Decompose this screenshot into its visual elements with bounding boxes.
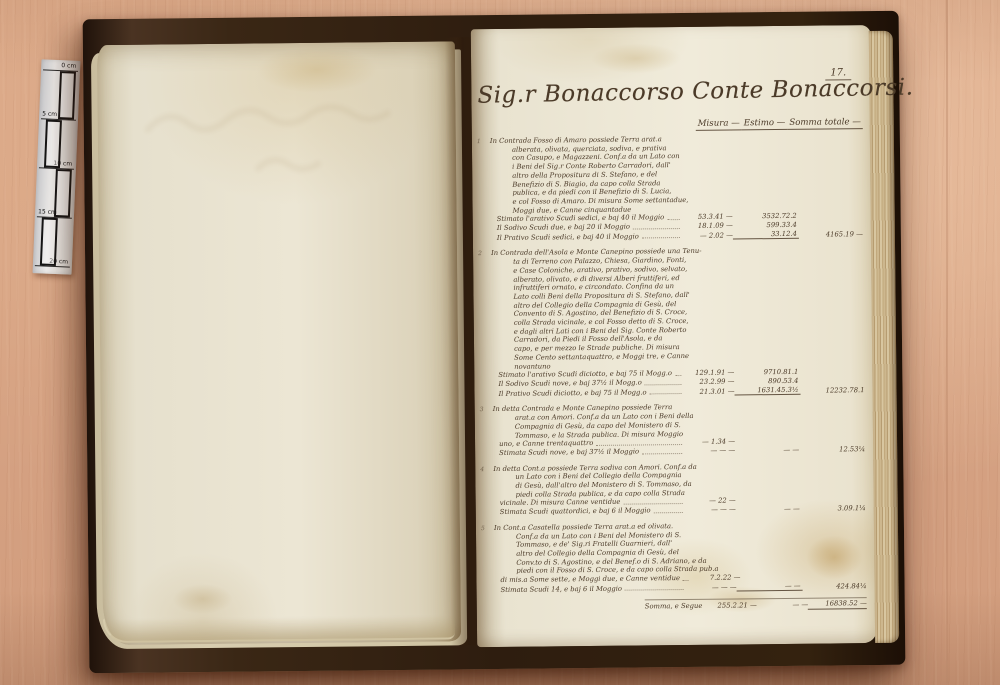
value-description: Il Prativo Scudi sedici, e baj 40 il Mog… [497, 232, 639, 242]
ledger-page-content: 17. Sig.r Bonaccorso Conte Bonaccorsi. M… [471, 25, 877, 647]
misura-value: 21.3.01 — [684, 387, 734, 396]
estimo-value: — — [737, 582, 803, 592]
dotted-leader [683, 580, 689, 581]
entry-text: In detta Cont.a possiede Terra sodiva co… [493, 461, 865, 500]
misura-value: 7.2.22 — [692, 573, 741, 582]
somma-totale-value: 424.84¼ [803, 582, 867, 591]
entry-margin-number: 4 [480, 466, 484, 475]
footer-misura-value: 255.2.21 — [712, 602, 756, 611]
column-header-estimo: Estimo — [742, 118, 788, 130]
dotted-leader [625, 589, 684, 591]
dotted-leader [623, 503, 682, 505]
dotted-leader [596, 444, 682, 446]
somma-totale-value: 3.09.1¼ [802, 504, 866, 513]
somma-totale-value: 4165.19 — [799, 230, 863, 239]
value-description: Stimata Scudi nove, e baj 37½ il Moggio [499, 447, 639, 457]
dotted-leader [645, 384, 682, 385]
somma-totale-value: 12232.78.1 [800, 386, 864, 395]
entry-margin-number: 2 [478, 251, 482, 260]
blank-left-page [97, 41, 461, 645]
estimo-value: 33.12.4 [733, 230, 799, 240]
value-description: Il Prativo Scudi diciotto, e baj 75 il M… [498, 388, 646, 398]
column-header-misura: Misura — [696, 118, 742, 130]
dotted-leader [654, 512, 683, 513]
column-headers: Misura — Estimo — Somma totale — [696, 117, 860, 131]
entry-margin-number: 1 [477, 138, 481, 147]
entry-values: di mis.a Some sette, e Moggi due, e Cann… [494, 572, 866, 594]
dotted-leader [675, 375, 681, 376]
entry-margin-number: 3 [480, 407, 484, 416]
entry-text: In detta Contrada e Monte Canepino possi… [493, 402, 865, 441]
scale-label: 5 cm [42, 111, 57, 118]
entry-text: In Contrada dell'Asola e Monte Canepino … [491, 246, 864, 372]
scale-segment [54, 169, 72, 218]
scale-segment [44, 120, 62, 169]
dotted-leader [650, 393, 682, 394]
value-description: Stimata Scudi 14, e baj 6 il Moggio [501, 584, 622, 594]
misura-value: 23.2.99 — [684, 377, 734, 386]
carry-forward-row: Somma, e Segue 255.2.21 — — — 16838.52 — [645, 598, 867, 612]
value-description: Il Sodivo Scudi due, e baj 20 il Moggio [497, 223, 630, 233]
ledger-entry: 1In Contrada Fosso di Amaro possiede Ter… [490, 133, 863, 242]
scale-segment [58, 71, 76, 120]
entry-values: uno, e Canne trentaquattro— 1.34 —Stimat… [493, 436, 865, 457]
entry-text: In Cont.a Casatella possiede Terra arat.… [494, 520, 867, 576]
ledger-entry: 2In Contrada dell'Asola e Monte Canepino… [491, 246, 865, 399]
somma-totale-value: 12.53¼ [801, 445, 865, 454]
footer-total-value: 16838.52 — [808, 600, 867, 610]
value-description: Stimata Scudi quattordici, e baj 6 il Mo… [500, 506, 651, 516]
ledger-entry: 3In detta Contrada e Monte Canepino poss… [493, 402, 866, 458]
misura-value: — — — [686, 506, 736, 515]
entry-values: Stimato l'arativo Scudi sedici, e baj 40… [491, 211, 863, 242]
photo-scene: 0 cm 5 cm 10 cm 15 cm 20 cm [0, 0, 1000, 685]
estimo-value: 1631.45.3½ [734, 385, 800, 395]
scale-label: 0 cm [61, 63, 76, 70]
wood-seam [946, 0, 948, 685]
value-description: di mis.a Some sette, e Moggi due, e Cann… [500, 574, 680, 585]
paper-stain [173, 584, 233, 615]
scale-bar: 0 cm 5 cm 10 cm 15 cm 20 cm [33, 59, 81, 274]
manuscript-book: 17. Sig.r Bonaccorso Conte Bonaccorsi. M… [83, 11, 906, 674]
misura-value: — — — [685, 446, 735, 455]
entry-text: In Contrada Fosso di Amaro possiede Terr… [490, 133, 863, 215]
footer-estimo-value: — — [757, 601, 809, 610]
page-curl-edge [103, 615, 455, 643]
value-description: Il Sodivo Scudi nove, e baj 37½ il Mogg.… [498, 378, 641, 388]
entry-values: Stimato l'arativo Scudi diciotto, e baj … [492, 367, 864, 398]
estimo-value: — — [736, 505, 802, 514]
estimo-value: — — [735, 446, 801, 455]
column-header-somma-totale: Somma totale — [787, 117, 863, 130]
dotted-leader [642, 453, 682, 454]
dotted-leader [633, 228, 680, 229]
misura-value: — 2.02 — [683, 231, 733, 240]
misura-value: — — — [687, 583, 737, 592]
ink-show-through [137, 82, 438, 195]
ledger-entry: 4In detta Cont.a possiede Terra sodiva c… [493, 461, 866, 517]
misura-value: 18.1.09 — [683, 222, 733, 231]
dotted-leader [667, 219, 680, 220]
page-title: Sig.r Bonaccorso Conte Bonaccorsi. [477, 76, 855, 109]
entries: 1In Contrada Fosso di Amaro possiede Ter… [490, 133, 867, 613]
carry-forward-label: Somma, e Segue [645, 602, 703, 611]
scale-segment [40, 217, 58, 266]
ledger-entry: 5In Cont.a Casatella possiede Terra arat… [494, 520, 867, 595]
entry-values: vicinale. Di misura Canne ventidue— 22 —… [494, 496, 866, 517]
dotted-leader [642, 237, 680, 238]
entry-margin-number: 5 [481, 525, 485, 534]
